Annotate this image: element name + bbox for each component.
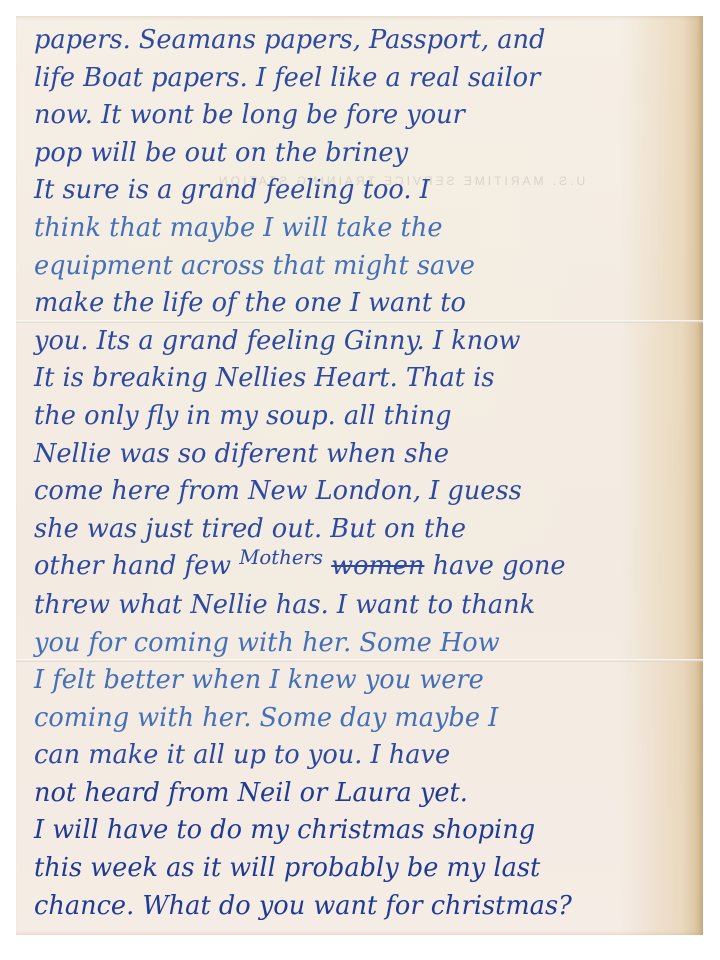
text-line: threw what Nellie has. I want to thank	[34, 587, 684, 625]
text-line: I will have to do my christmas shoping	[34, 812, 684, 850]
text-line: the only fly in my soup. all thing	[34, 398, 684, 436]
text-line: papers. Seamans papers, Passport, and	[34, 22, 684, 60]
text-line: can make it all up to you. I have	[34, 737, 684, 775]
text-line: life Boat papers. I feel like a real sai…	[34, 60, 684, 98]
text-line: make the life of the one I want to	[34, 285, 684, 323]
letter-page: U.S. MARITIME SERVICE TRAINING STATION p…	[16, 16, 703, 935]
text-line: this week as it will probably be my last	[34, 850, 684, 888]
struck-word: women	[331, 551, 424, 581]
text-line: It is breaking Nellies Heart. That is	[34, 360, 684, 398]
line-segment: have gone	[424, 551, 565, 581]
text-line: coming with her. Some day maybe I	[34, 700, 684, 738]
text-line-with-correction: other hand few Mothers women have gone	[34, 548, 684, 587]
text-line: chance. What do you want for christmas?	[34, 888, 684, 926]
scan-background: U.S. MARITIME SERVICE TRAINING STATION p…	[0, 0, 720, 960]
inserted-word: Mothers	[239, 545, 323, 569]
text-line: now. It wont be long be fore your	[34, 97, 684, 135]
text-line: think that maybe I will take the	[34, 210, 684, 248]
text-line: she was just tired out. But on the	[34, 511, 684, 549]
text-line: pop will be out on the briney	[34, 135, 684, 173]
handwritten-text: papers. Seamans papers, Passport, and li…	[34, 22, 694, 925]
text-line: come here from New London, I guess	[34, 473, 684, 511]
line-segment: other hand few	[34, 551, 239, 581]
text-line: you for coming with her. Some How	[34, 625, 684, 663]
text-line: not heard from Neil or Laura yet.	[34, 775, 684, 813]
text-line: equipment across that might save	[34, 248, 684, 286]
text-line: Nellie was so diferent when she	[34, 436, 684, 474]
text-line: It sure is a grand feeling too. I	[34, 172, 684, 210]
text-line: you. Its a grand feeling Ginny. I know	[34, 323, 684, 361]
text-line: I felt better when I knew you were	[34, 662, 684, 700]
